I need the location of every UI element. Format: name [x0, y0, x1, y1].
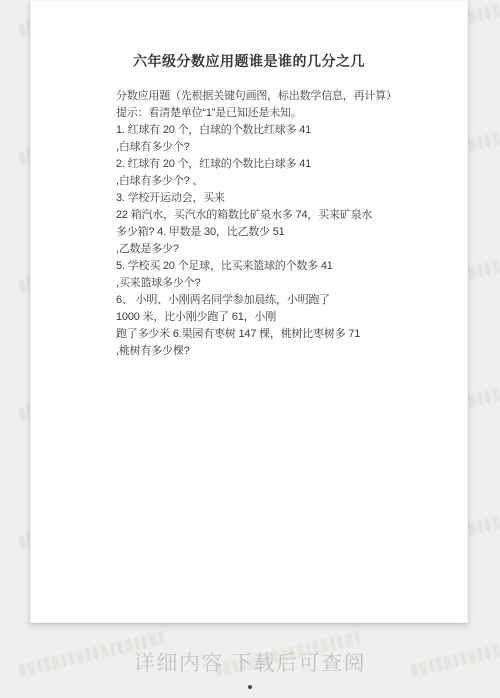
document-text-line: ,买来篮球多少个?: [116, 275, 437, 292]
document-text-line: 22 箱汽水，买汽水的箱数比矿泉水多 74，买来矿泉水: [116, 207, 437, 224]
document-text-line: 5. 学校买 20 个足球，比买来篮球的个数多 41: [116, 258, 437, 275]
document-text-line: 6、 小明、小刚两名同学参加晨练，小明跑了: [116, 292, 437, 309]
page-indicator-dot[interactable]: [248, 685, 252, 689]
document-text-line: 1000 米，比小刚少跑了 61，小刚: [116, 309, 437, 326]
document-preview-screen: { "document": { "title": "六年级分数应用题谁是谁的几分…: [0, 0, 500, 698]
document-text-line: 1. 红球有 20 个，白球的个数比红球多 41: [116, 122, 437, 139]
document-text-line: ,白球有多少个? 、: [116, 173, 437, 190]
document-body: 分数应用题（先根据关键句画图，标出数学信息，再计算）提示：看清楚单位“1”是已知…: [116, 88, 437, 360]
document-text-line: ,白球有多少个?: [116, 139, 437, 156]
preview-footer-caption: 详细内容 下载后可查阅: [0, 650, 500, 678]
document-text-line: ,乙数是多少?: [116, 241, 437, 258]
document-title: 六年级分数应用题谁是谁的几分之几: [31, 51, 467, 71]
document-text-line: 分数应用题（先根据关键句画图，标出数学信息，再计算）: [116, 88, 437, 105]
document-text-line: 多少箱? 4. 甲数是 30，比乙数少 51: [116, 224, 437, 241]
document-text-line: 提示：看清楚单位“1”是已知还是未知。: [116, 105, 437, 122]
document-page: 六年级分数应用题谁是谁的几分之几 分数应用题（先根据关键句画图，标出数学信息，再…: [30, 0, 468, 623]
document-text-line: 3. 学校开运动会，买来: [116, 190, 437, 207]
document-text-line: 2. 红球有 20 个，红球的个数比白球多 41: [116, 156, 437, 173]
document-text-line: 跑了多少米 6.果园有枣树 147 棵，桃树比枣树多 71: [116, 326, 437, 343]
document-text-line: ,桃树有多少棵?: [116, 343, 437, 360]
